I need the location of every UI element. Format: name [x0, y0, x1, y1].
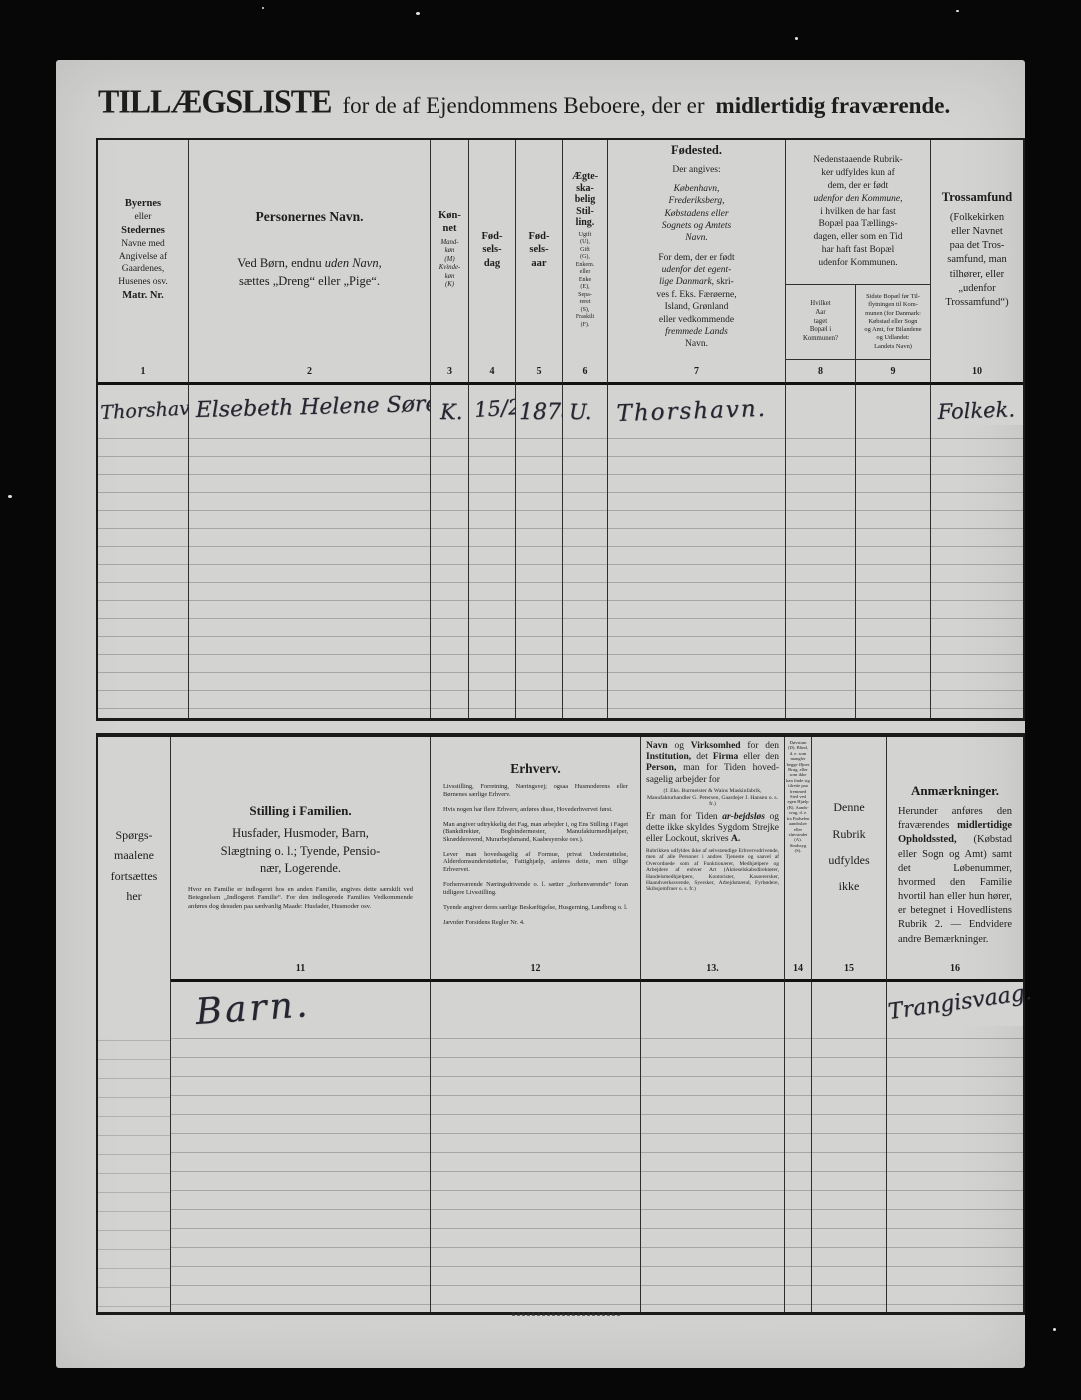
column-4-number: 4 — [469, 360, 516, 385]
column-15-header: Denne Rubrik udfyldes ikke — [812, 737, 887, 957]
col11-title: Stilling i Familien. — [249, 803, 351, 819]
column-10-header: Trossamfund (Folkekirken eller Navnet pa… — [931, 140, 1023, 360]
column-14-header: Døvstum (D). Blind, d. e. som mangler be… — [785, 737, 812, 957]
handwritten-birthplace: Thorshavn. — [616, 396, 767, 427]
handwritten-sex: K. — [440, 400, 462, 424]
column-11-header: Stilling i Familien. Husfader, Husmoder,… — [171, 737, 431, 957]
handwritten-faith: Folkek. — [937, 397, 1015, 424]
col1-title-line: Stedernes — [121, 224, 165, 238]
form-title-mid: for de af Ejendommens Beboere, der er — [342, 93, 704, 119]
dust-speck — [8, 495, 12, 498]
dust-speck — [795, 37, 798, 40]
cell-family-position: Barn. — [171, 982, 431, 1312]
col13-fine-print-2: Rubrikken udfyldes ikke af selvstændige … — [646, 848, 779, 893]
col7-run-italic: fremmede Lands — [665, 327, 728, 337]
col10-description: (Folkekirken eller Navnet paa det Tros- … — [945, 211, 1008, 310]
col13-run-bold: Firma — [713, 752, 738, 762]
column-7-header: Fødested. Der angives: København, Freder… — [608, 140, 786, 360]
col7-run: Navn. — [685, 339, 708, 349]
dust-speck — [262, 7, 264, 9]
col3-title: Køn- net — [438, 210, 461, 234]
col13-run: Er man for Tiden — [646, 812, 722, 822]
dust-speck — [416, 12, 420, 15]
columns-8-9-group-header: Nedenstaaende Rubrik- ker udfyldes kun a… — [786, 140, 931, 360]
cell-disability — [785, 982, 812, 1312]
col1-matr-nr: Matr. Nr. — [122, 289, 164, 303]
col13-run-bold: Navn — [646, 741, 668, 751]
group-run: Nedenstaaende Rubrik- ker udfyldes kun a… — [813, 155, 902, 191]
form-title-main: TILLÆGSLISTE — [98, 82, 331, 121]
column-16-header: Anmærkninger. Herunder anføres den fravæ… — [887, 737, 1023, 957]
group-run-italic: udenfor den Kommune, — [814, 194, 903, 204]
col13-run-bold: Institution, — [646, 752, 691, 762]
column-13-number: 13. — [641, 957, 785, 982]
column-7-number: 7 — [608, 360, 786, 385]
group-run: i hvilken de har fast Bopæl paa Tællings… — [814, 207, 903, 268]
column-11-number: 11 — [171, 957, 431, 982]
column-6-header: Ægte- ska- belig Stil- ling. Ugift (U), … — [563, 140, 608, 360]
column-9-subheader: Sidste Bopæl før Til- flytningen til Kom… — [856, 285, 930, 359]
upper-table: Byernes eller Stedernes Navne med Angive… — [96, 138, 1025, 721]
group-8-9-note: Nedenstaaende Rubrik- ker udfyldes kun a… — [786, 140, 930, 285]
handwritten-birthday: 15/2 — [473, 395, 522, 422]
col7-text: Der angives: — [672, 164, 720, 176]
handwritten-place: Thorshavn — [100, 397, 203, 424]
column-5-number: 5 — [516, 360, 563, 385]
cell-birthday: 15/2 — [469, 385, 516, 718]
col13-run-bold: Virksomhed — [691, 741, 741, 751]
col16-title: Anmærkninger. — [911, 783, 999, 799]
col7-text: For dem, der er født udenfor det egent- … — [656, 252, 736, 351]
col13-intro: Navn og Virksomhed for den Institution, … — [646, 741, 779, 786]
col13-fine-print-1: (f. Eks. Burmeister & Wains Maskinfabrik… — [646, 788, 779, 808]
cell-birthplace: Thorshavn. — [608, 385, 786, 718]
cell-place: Thorshavn — [98, 385, 189, 718]
column-3-header: Køn- net Mand- køn (M) Kvinde- køn (K) — [431, 140, 469, 360]
cell-name: Elsebeth Helene Sørensen — [189, 385, 431, 718]
col12-description: Livsstilling, Forretning, Næringsvej; og… — [434, 783, 637, 926]
col15-not-filled-note: Denne Rubrik udfyldes ikke — [828, 794, 869, 900]
col2-description: Ved Børn, endnu uden Navn, sættes „Dreng… — [237, 235, 381, 291]
col2-title: Personernes Navn. — [256, 209, 364, 225]
col16-description: Herunder anføres den fraværendes midlert… — [890, 805, 1020, 947]
col11-fine-print: Hvor en Familie er indlogeret hos en and… — [174, 886, 427, 912]
col1-title-line: Byernes — [125, 197, 161, 211]
col7-text-italic: København, Frederiksberg, Købstadens ell… — [662, 183, 732, 245]
handwritten-marital-status: U. — [569, 400, 591, 424]
col12-title: Erhverv. — [510, 761, 561, 777]
col5-title: Fød- sels- aar — [529, 230, 550, 271]
group-note-text: Nedenstaaende Rubrik- ker udfyldes kun a… — [813, 154, 902, 269]
cell-occupation — [431, 982, 641, 1312]
column-6-number: 6 — [563, 360, 608, 385]
col13-unemployed-note: Er man for Tiden ar-bejdsløs og dette ik… — [646, 812, 779, 846]
column-1-number: 1 — [98, 360, 189, 385]
column-2-number: 2 — [189, 360, 431, 385]
column-8-subheader: Hvilket Aar taget Bopæl i Kommunen? — [786, 285, 856, 359]
col13-run: eller den — [738, 752, 779, 762]
census-form-page: TILLÆGSLISTE for de af Ejendommens Beboe… — [56, 60, 1025, 1368]
col13-run-bold-italic: ar-bejdsløs — [722, 812, 765, 822]
column-9-number: 9 — [856, 360, 931, 385]
col2-text: Ved Børn, endnu — [237, 256, 325, 270]
col13-run-bold: A. — [731, 834, 740, 844]
handwritten-remark: Trangisvaag. — [887, 980, 1034, 1025]
column-12-header: Erhverv. Livsstilling, Forretning, Nærin… — [431, 737, 641, 957]
col13-run: det — [691, 752, 713, 762]
column-5-header: Fød- sels- aar — [516, 140, 563, 360]
cell-last-residence — [856, 385, 931, 718]
col2-text: sættes „Dreng“ eller „Pige“. — [239, 274, 380, 288]
continuation-label: Spørgs- maalene fortsættes her — [98, 737, 171, 1312]
column-14-number: 14 — [785, 957, 812, 982]
column-1-header: Byernes eller Stedernes Navne med Angive… — [98, 140, 189, 360]
col7-run: For dem, der er født — [658, 253, 734, 263]
col6-title: Ægte- ska- belig Stil- ling. — [572, 171, 598, 229]
cell-sex: K. — [431, 385, 469, 718]
dust-speck — [956, 10, 959, 12]
handwritten-family-position: Barn. — [194, 984, 311, 1033]
form-title-tail: midlertidig fraværende. — [716, 93, 951, 119]
column-2-header: Personernes Navn. Ved Børn, endnu uden N… — [189, 140, 431, 360]
cell-faith: Folkek. — [931, 385, 1023, 718]
lower-table: Spørgs- maalene fortsættes her Stilling … — [96, 733, 1025, 1315]
col13-run: og — [668, 741, 691, 751]
col16-run: (Købstad eller Sogn og Amt) samt det Løb… — [898, 834, 1012, 944]
cell-marital-status: U. — [563, 385, 608, 718]
column-16-number: 16 — [887, 957, 1023, 982]
col10-title: Trossamfund — [942, 190, 1012, 205]
column-12-number: 12 — [431, 957, 641, 982]
cell-year-moved — [786, 385, 856, 718]
col4-title: Fød- sels- dag — [482, 230, 503, 271]
cell-birthyear: 1878 — [516, 385, 563, 718]
col1-title-line: eller — [135, 211, 152, 224]
col7-title: Fødested. — [671, 142, 722, 158]
column-10-number: 10 — [931, 360, 1023, 385]
column-15-number: 15 — [812, 957, 887, 982]
col3-description: Mand- køn (M) Kvinde- køn (K) — [439, 239, 461, 290]
column-3-number: 3 — [431, 360, 469, 385]
col13-run: for den — [741, 741, 779, 751]
column-13-header: Navn og Virksomhed for den Institution, … — [641, 737, 785, 957]
printer-imprint-smudge — [512, 1312, 622, 1316]
page-title: TILLÆGSLISTE for de af Ejendommens Beboe… — [98, 84, 1024, 121]
cell-not-filled — [812, 982, 887, 1312]
col1-description: Navne med Angivelse af Gaardenes, Husene… — [118, 238, 168, 289]
col13-run-bold: Person, — [646, 763, 676, 773]
col11-description: Husfader, Husmoder, Barn, Slægtning o. l… — [221, 825, 381, 878]
group-8-9-subheaders: Hvilket Aar taget Bopæl i Kommunen? Sids… — [786, 285, 930, 360]
column-4-header: Fød- sels- dag — [469, 140, 516, 360]
col2-text-italic: uden Navn, — [325, 256, 382, 270]
cell-employer — [641, 982, 785, 1312]
cell-remarks: Trangisvaag. — [887, 982, 1023, 1312]
dust-speck — [1053, 1328, 1056, 1331]
column-8-number: 8 — [786, 360, 856, 385]
col14-description: Døvstum (D). Blind, d. e. som mangler be… — [786, 740, 810, 854]
col6-description: Ugift (U), Gift (G), Enkem. eller Enke (… — [576, 232, 595, 330]
